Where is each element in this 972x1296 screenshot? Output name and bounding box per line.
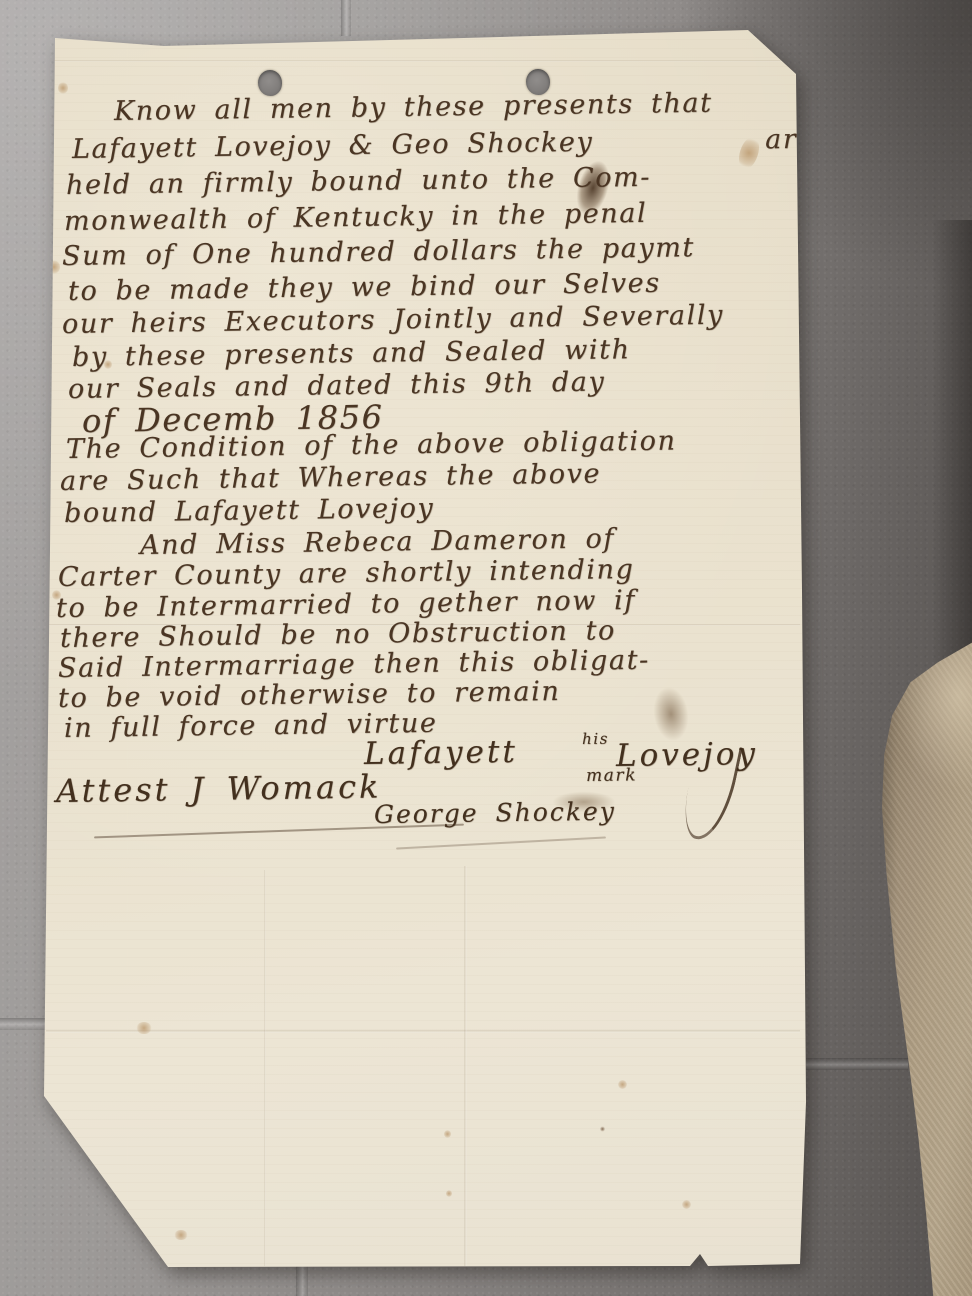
- stain: [136, 1022, 152, 1034]
- document-paper: Know all men by these presents that Lafa…: [44, 30, 806, 1270]
- paper-crease: [46, 1030, 800, 1033]
- stain: [600, 1126, 605, 1132]
- signature-attest: Attest J Womack: [56, 767, 382, 810]
- stain: [682, 1200, 691, 1209]
- stain: [48, 260, 60, 274]
- handwritten-line: Sum of One hundred dollars the paymt: [62, 232, 695, 272]
- handwritten-line: are Such that Whereas the above: [60, 458, 602, 497]
- handwritten-line: bound Lafayett Lovejoy: [64, 493, 435, 529]
- surface-seam: [806, 1058, 908, 1070]
- stain: [174, 1230, 188, 1240]
- document-paper-wrapper: Know all men by these presents that Lafa…: [44, 30, 806, 1270]
- stain: [58, 82, 68, 94]
- paper-crease: [264, 870, 266, 1266]
- stain: [444, 1130, 451, 1138]
- signature-underline: [396, 837, 606, 850]
- handwritten-line: Lafayett Lovejoy & Geo Shockey are: [72, 124, 815, 165]
- stain: [446, 1190, 452, 1197]
- stain: [618, 1080, 627, 1089]
- handwritten-line: to be void otherwise to remain: [58, 676, 561, 714]
- handwritten-line: Know all men by these presents that: [114, 88, 713, 127]
- photo-scene: Know all men by these presents that Lafa…: [0, 0, 972, 1296]
- signature-principal-first: Lafayett: [364, 734, 518, 772]
- paper-crease: [52, 60, 782, 62]
- edge-shadow: [932, 220, 972, 690]
- surface-seam: [0, 1018, 48, 1030]
- signature-witness: George Shockey: [374, 797, 616, 829]
- handwritten-line: monwealth of Kentucky in the penal: [64, 198, 648, 237]
- handwritten-line: held an firmly bound unto the Com-: [66, 162, 651, 201]
- punch-hole: [258, 70, 282, 96]
- signature-mark-his: his: [582, 730, 609, 748]
- paper-crease: [464, 866, 467, 1266]
